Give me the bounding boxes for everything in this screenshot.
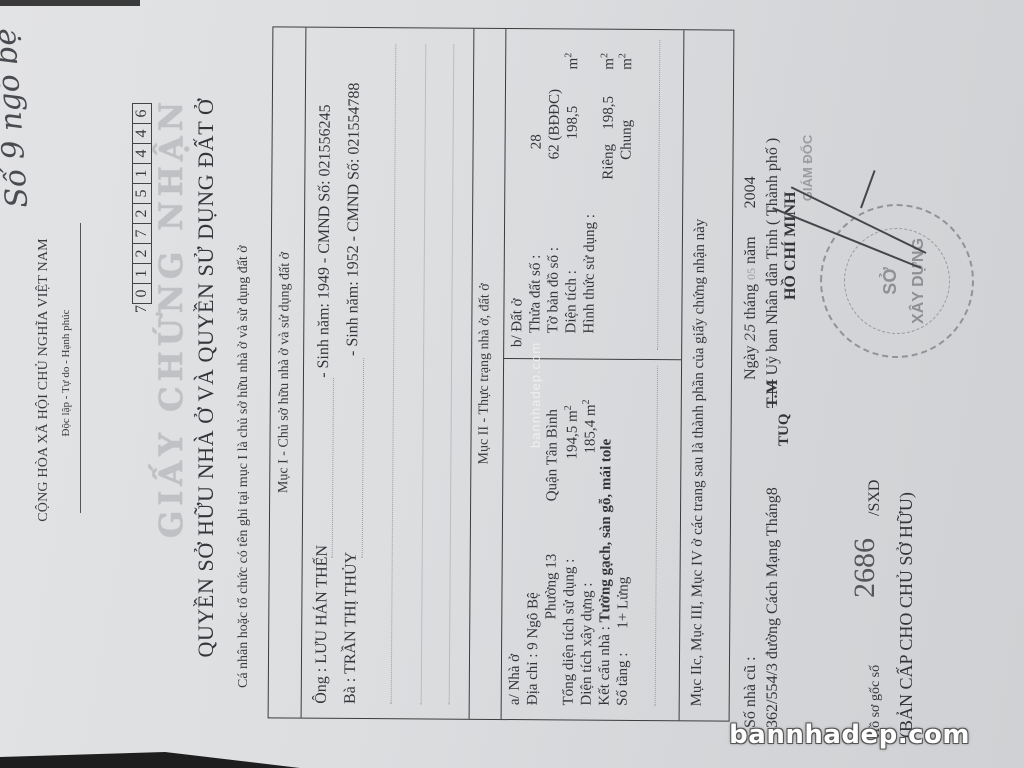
address-label: Địa chỉ : <box>525 654 541 706</box>
serial-digit: 0 <box>132 283 152 304</box>
build-area-number: 185,4 m <box>582 404 598 453</box>
serial-digit: 1 <box>132 163 152 184</box>
unit: m <box>601 58 617 70</box>
serial-digit: 2 <box>132 203 152 224</box>
structure-value: Tường gạch, sàn gỗ, mái tole <box>597 439 614 623</box>
ward: Phường 13 <box>543 554 560 620</box>
serial-digit: 6 <box>132 103 152 124</box>
total-area-value: 194,5 m2 <box>562 405 581 459</box>
certificate-table: Mục I - Chủ sở hữu nhà ở và sử dụng đất … <box>268 26 735 721</box>
unit: m <box>619 58 635 70</box>
floors-value: 1+ Lửng <box>615 577 631 629</box>
dotted-line <box>391 44 397 704</box>
country-header: CỘNG HÒA XÃ HỘI CHỦ NGHĨA VIỆT NAM <box>36 200 52 560</box>
private-unit: m2 <box>599 53 618 70</box>
map-label: Tờ bản đồ số : <box>545 247 563 333</box>
floors-label: Số tầng : <box>615 652 631 705</box>
copy-note: (BẢN CẤP CHO CHỦ SỞ HỮU) <box>896 492 917 738</box>
unit-sup: 2 <box>617 53 628 58</box>
house-heading: a/ Nhà ở <box>507 654 524 705</box>
divider <box>679 30 685 720</box>
authority-line: T.M Uỷ ban Nhân dân Tỉnh ( Thành phố ) <box>764 138 782 408</box>
owner-name: LƯU HÁN THẾN <box>313 545 331 664</box>
record-number: 2686 <box>848 538 882 598</box>
land-area-unit: m2 <box>563 53 582 70</box>
old-address-value: 362/554/3 đường Cách Mạng Tháng8 <box>764 487 782 728</box>
serial-digit: 7 <box>132 223 152 244</box>
private-label: Riêng <box>600 144 617 180</box>
serial-digit: 5 <box>132 183 152 204</box>
section1-title: Mục I - Chủ sở hữu nhà ở và sử dụng đất … <box>275 27 296 717</box>
unit-sup: 2 <box>563 53 574 58</box>
motto: Độc lập - Tự do - Hạnh phúc <box>60 228 72 518</box>
dotted-line <box>362 358 364 558</box>
divider <box>301 28 307 718</box>
motto-underline <box>80 223 81 513</box>
floors-row: Số tầng : 1+ Lửng <box>615 577 633 706</box>
land-area-label: Diện tích : <box>563 270 580 333</box>
unit: m <box>565 58 581 70</box>
serial-digit: 1 <box>132 263 152 284</box>
footer-note: Mục IIc, Mục III, Mục IV ở các trang sau… <box>689 219 709 707</box>
unit-sup: 2 <box>581 399 592 404</box>
watermark-center: bannhadep.com <box>528 342 543 448</box>
owner-row: Ông : LƯU HÁN THẾN <box>313 545 332 704</box>
certificate-document: CỘNG HÒA XÃ HỘI CHỦ NGHĨA VIỆT NAM Độc l… <box>0 0 1024 768</box>
section2-title: Mục II - Thực trạng nhà ở, đất ở <box>475 29 496 719</box>
dotted-line <box>421 44 427 704</box>
owner-prefix: Ông : <box>313 668 330 704</box>
land-area-value: 198,5 <box>565 106 582 140</box>
stamp-role-text: GIÁM ĐỐC <box>800 108 815 228</box>
owner-prefix: Bà : <box>342 678 359 704</box>
handwritten-note: Số 9 ngô bệ <box>0 27 35 209</box>
total-area-label: Tổng diện tích sử dụng : <box>561 559 579 706</box>
divider <box>469 29 475 719</box>
intro-text: Cá nhân hoặc tổ chức có tên ghi tại mục … <box>236 245 252 688</box>
signature-stroke <box>860 170 876 208</box>
usage-label: Hình thức sử dụng : <box>581 214 599 334</box>
official-stamp: SỞ XÂY DỰNG <box>820 204 974 358</box>
date-prefix: Ngày <box>742 345 759 380</box>
divider <box>501 29 507 719</box>
private-value: 198,5 <box>601 96 618 130</box>
dotted-line <box>655 366 658 706</box>
serial-number: 7 0 1 2 7 2 5 1 4 4 6 <box>132 103 152 313</box>
build-area-value: 185,4 m2 <box>580 399 599 453</box>
owner-detail: - Sinh năm: 1952 - CMND Số: 021554788 <box>344 83 364 356</box>
old-address-label: Số nhà cũ : <box>742 656 760 728</box>
date-year: 2004 <box>742 176 759 208</box>
owner-name: TRẦN THỊ THỦY <box>342 552 360 674</box>
year-label: năm <box>742 236 759 264</box>
serial-prefix: 7 <box>133 305 151 313</box>
build-area-label: Diện tích xây dựng : <box>579 582 597 705</box>
stamp-center-text: SỞ <box>880 206 901 356</box>
shared-label: Chung <box>618 120 635 160</box>
unit-sup: 2 <box>563 405 574 410</box>
watermark-corner: bannhadep.com <box>729 720 970 750</box>
record-suffix: /SXD <box>866 480 884 516</box>
owner-row: Bà : TRẦN THỊ THỦY <box>342 552 361 704</box>
stamp-bottom-text: XÂY DỰNG <box>910 206 928 356</box>
total-area-number: 194,5 m <box>564 410 580 459</box>
tm-label: T.M <box>764 379 781 408</box>
month-label: tháng <box>742 284 759 320</box>
shared-unit: m2 <box>617 53 636 70</box>
structure-row: Kết cấu nhà : Tường gạch, sàn gỗ, mái to… <box>597 439 616 706</box>
document-title: GIẤY CHỨNG NHẬN <box>152 188 190 538</box>
date-month: 05 <box>744 268 758 280</box>
signing-date: Ngày 25 tháng 05 năm 2004 <box>742 176 760 380</box>
unit-sup: 2 <box>599 53 610 58</box>
date-day: 25 <box>743 324 759 342</box>
plot-value: 28 <box>529 134 546 149</box>
owner-detail: - Sinh năm: 1949 - CMND Số: 021556245 <box>315 104 335 377</box>
address-value: 9 Ngô Bệ <box>525 592 541 650</box>
dotted-line <box>332 378 334 558</box>
district: Quận Tân Bình <box>544 409 562 501</box>
document-subtitle: QUYỀN SỞ HỮU NHÀ Ở VÀ QUYỀN SỬ DỤNG ĐẤT … <box>193 58 219 698</box>
serial-digit: 2 <box>132 243 152 264</box>
serial-digit: 4 <box>132 123 152 144</box>
serial-digit: 4 <box>132 143 152 164</box>
plot-label: Thửa đất số : <box>527 255 545 334</box>
map-value: 62 (BĐĐC) <box>546 89 563 160</box>
tuq-label: TUQ <box>776 413 793 446</box>
house-address: Địa chỉ : 9 Ngô Bệ <box>525 592 543 705</box>
land-heading: b/ Đất ở <box>509 298 526 347</box>
dotted-line <box>449 45 455 705</box>
authority-name: Uỷ ban Nhân dân Tỉnh ( Thành phố ) <box>764 138 781 376</box>
dotted-line <box>657 40 660 350</box>
structure-label: Kết cấu nhà : <box>597 626 614 706</box>
authority-city: HỒ CHÍ MINH <box>782 192 800 300</box>
